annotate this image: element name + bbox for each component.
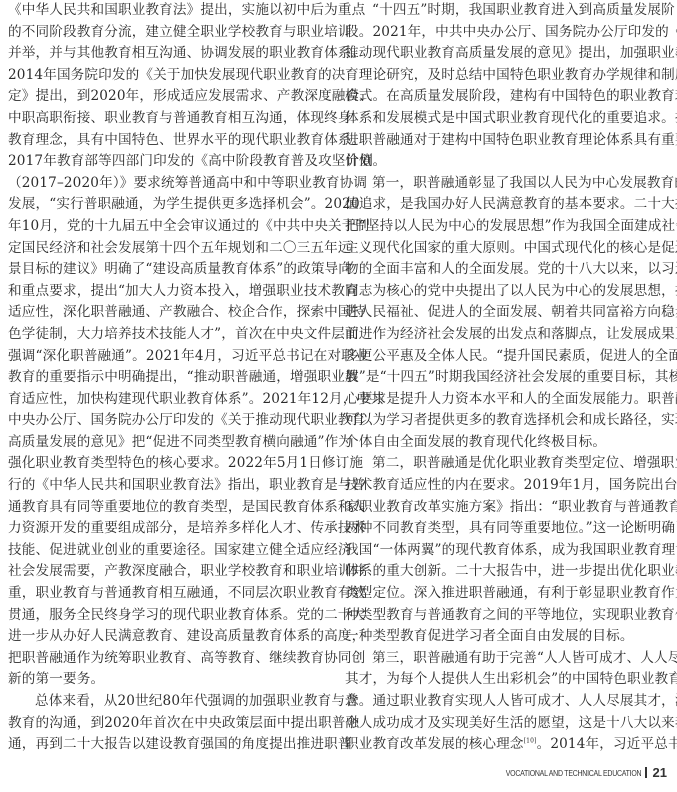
text-line: “十四五”时期，我国职业教育进入到高质量发展阶	[345, 0, 670, 22]
line-text: 并举，并与其他教育相互沟通、协调发展的职业教育体系。	[8, 45, 365, 61]
text-line: 模式。在高质量发展阶段，建构有中国特色的职业教育理论	[345, 86, 670, 108]
text-line: 的不同阶段教育分流，建立健全职业学校教育与职业培训	[8, 22, 332, 44]
text-line: 技能、促进就业创业的重要途径。国家建立健全适应经济	[8, 540, 332, 562]
text-line: 个人成功成才及实现美好生活的愿望，这是十八大以来我国	[345, 713, 670, 735]
line-text: 育理论研究，及时总结中国特色职业教育办学规律和制度	[345, 67, 677, 83]
line-text: 教育的重要指示中明确提出，“推动职普融通，增强职业教	[8, 369, 359, 385]
line-text: 进职普融通对于建构中国特色职业教育理论体系具有重要	[345, 132, 677, 148]
text-line: 并举，并与其他教育相互沟通、协调发展的职业教育体系。	[8, 43, 332, 65]
line-text: 行的《中华人民共和国职业教育法》指出，职业教育是与普	[8, 477, 365, 493]
text-line: 个体自由全面发展的教育现代化终极目标。	[345, 432, 670, 454]
text-line: 高质量发展的意见》把“促进不同类型教育横向融通”作为	[8, 432, 332, 454]
text-line: 通教育具有同等重要地位的教育类型，是国民教育体系和人	[8, 497, 332, 519]
line-text: 家职业教育改革实施方案》指出：“职业教育与普通教育是	[345, 499, 677, 515]
line-text: 价值。	[345, 153, 386, 169]
line-text: 可以为学习者提供更多的教育选择机会和成长路径，实现	[345, 412, 677, 428]
text-line: 中职高职衔接、职业教育与普通教育相互沟通，体现终身	[8, 108, 332, 130]
text-line: 种类型教育与普通教育之间的平等地位，实现职业教育作为	[345, 605, 670, 627]
line-text: 教育的沟通，到2020年首次在中央政策层面中提出职普融	[8, 715, 359, 731]
text-line: 可以为学习者提供更多的教育选择机会和成长路径，实现	[345, 410, 670, 432]
line-text: 前进作为经济社会发展的出发点和落脚点，让发展成果更	[345, 326, 677, 342]
line-text: 2017年教育部等四部门印发的《高中阶段教育普及攻坚计划	[8, 153, 373, 169]
text-line: 心要求是提升人力资本水平和人的全面发展能力。职普融通	[345, 389, 670, 411]
journal-name: VOCATIONAL AND TECHNICAL EDUCATION	[505, 768, 641, 778]
text-line: 总体来看，从20世纪80年代强调的加强职业教育与普	[8, 691, 332, 713]
text-line: 中央办公厅、国务院办公厅印发的《关于推动现代职业教育	[8, 410, 332, 432]
line-text: 念。通过职业教育实现人人皆可成才、人人尽展其才，满足	[345, 693, 677, 709]
text-line: 教育的沟通，到2020年首次在中央政策层面中提出职普融	[8, 713, 332, 735]
line-text: 和重点要求，提出“加大人力资本投入，增强职业技术教育	[8, 283, 359, 299]
line-text: 主义现代化国家的重大原则。中国式现代化的核心是促进	[345, 240, 677, 256]
page-footer: VOCATIONAL AND TECHNICAL EDUCATION 21	[476, 765, 667, 780]
text-line: 一种类型教育促进学习者全面自由发展的目标。	[345, 626, 670, 648]
line-text: 同志为核心的党中央提出了以人民为中心的发展思想，把增	[345, 283, 677, 299]
line-text: 我国“一体两翼”的现代教育体系，成为我国职业教育理论	[345, 542, 677, 558]
text-line: 推动现代职业教育高质量发展的意见》提出，加强职业教	[345, 43, 670, 65]
line-text: 年10月，党的十九届五中全会审议通过的《中共中央关于制	[8, 218, 369, 234]
text-line: 和重点要求，提出“加大人力资本投入，增强职业技术教育	[8, 281, 332, 303]
text-line: 同志为核心的党中央提出了以人民为中心的发展思想，把增	[345, 281, 670, 303]
line-text: 第三，职普融通有助于完善“人人皆可成才、人人尽展	[372, 650, 677, 666]
text-line: 进职普融通对于建构中国特色职业教育理论体系具有重要	[345, 130, 670, 152]
text-line: 展”是“十四五”时期我国经济社会发展的重要目标，其核	[345, 367, 670, 389]
line-text: 总体来看，从20世纪80年代强调的加强职业教育与普	[35, 693, 359, 709]
text-line: 其才，为每个人提供人生出彩机会”的中国特色职业教育理	[345, 669, 670, 691]
text-line: 年10月，党的十九届五中全会审议通过的《中共中央关于制	[8, 216, 332, 238]
line-text: 贯通，服务全民终身学习的现代职业教育体系。党的二十大	[8, 607, 365, 623]
text-line: 值追求，是我国办好人民满意教育的基本要求。二十大报告	[345, 194, 670, 216]
text-line: 重，职业教育与普通教育相互融通，不同层次职业教育有效	[8, 583, 332, 605]
text-line: 两种不同教育类型，具有同等重要地位。”这一论断明确了	[345, 518, 670, 540]
text-line: 体系和发展模式是中国式职业教育现代化的重要追求。推	[345, 108, 670, 130]
text-line: 进一步从办好人民满意教育、建设高质量教育体系的高度，	[8, 626, 332, 648]
line-text: 《中华人民共和国职业教育法》提出，实施以初中后为重点	[8, 2, 365, 18]
line-text: 新的第一要务。	[8, 671, 104, 687]
line-text: 重，职业教育与普通教育相互融通，不同层次职业教育有效	[8, 585, 365, 601]
line-text: 技术教育适应性的内在要求。2019年1月，国务院出台的《国	[345, 477, 677, 493]
text-line: 前进作为经济社会发展的出发点和落脚点，让发展成果更	[345, 324, 670, 346]
footer-divider	[645, 767, 647, 778]
text-line: 《中华人民共和国职业教育法》提出，实施以初中后为重点	[8, 0, 332, 22]
line-text: 两种不同教育类型，具有同等重要地位。”这一论断明确了	[345, 520, 677, 536]
right-column: “十四五”时期，我国职业教育进入到高质量发展阶段。2021年，中共中央办公厅、国…	[345, 0, 670, 756]
line-text: 中央办公厅、国务院办公厅印发的《关于推动现代职业教育	[8, 412, 365, 428]
text-line: 进人民福祉、促进人的全面发展、朝着共同富裕方向稳步	[345, 302, 670, 324]
text-line: 通，再到二十大报告以建设教育强国的角度提出推进职普	[8, 734, 332, 756]
text-line: 2014年国务院印发的《关于加快发展现代职业教育的决	[8, 65, 332, 87]
line-text: 模式。在高质量发展阶段，建构有中国特色的职业教育理论	[345, 88, 677, 104]
text-line: 定》提出，到2020年，形成适应发展需求、产教深度融合、	[8, 86, 332, 108]
text-line: 色学徒制，大力培养技术技能人才”，首次在中央文件层面	[8, 324, 332, 346]
text-line: 社会发展需要，产教深度融合，职业学校教育和职业培训并	[8, 561, 332, 583]
text-line: 把“坚持以人民为中心的发展思想”作为我国全面建成社会	[345, 216, 670, 238]
line-text: 通，再到二十大报告以建设教育强国的角度提出推进职普	[8, 736, 352, 752]
line-text: 适应性，深化职普融通、产教融合、校企合作，探索中国特	[8, 304, 365, 320]
text-line: 教育的重要指示中明确提出，“推动职普融通，增强职业教	[8, 367, 332, 389]
text-line: 类型定位。深入推进职普融通，有利于彰显职业教育作为一	[345, 583, 670, 605]
text-line: 价值。	[345, 151, 670, 173]
line-text: “十四五”时期，我国职业教育进入到高质量发展阶	[372, 2, 675, 18]
text-line: 发展，“实行普职融通，为学生提供更多选择机会”。2020	[8, 194, 332, 216]
page-number: 21	[653, 765, 667, 780]
line-text: 一种类型教育促进学习者全面自由发展的目标。	[345, 628, 634, 644]
text-line: 2017年教育部等四部门印发的《高中阶段教育普及攻坚计划	[8, 151, 332, 173]
line-text: 推动现代职业教育高质量发展的意见》提出，加强职业教	[345, 45, 677, 61]
left-column: 《中华人民共和国职业教育法》提出，实施以初中后为重点的不同阶段教育分流，建立健全…	[8, 0, 332, 756]
line-text: 个人成功成才及实现美好生活的愿望，这是十八大以来我国	[345, 715, 677, 731]
text-line: 第三，职普融通有助于完善“人人皆可成才、人人尽展	[345, 648, 670, 670]
text-line: 新的第一要务。	[8, 669, 332, 691]
line-text: 强化职业教育类型特色的核心要求。2022年5月1日修订施	[8, 455, 363, 471]
text-line: 我国“一体两翼”的现代教育体系，成为我国职业教育理论	[345, 540, 670, 562]
line-text: 种类型教育与普通教育之间的平等地位，实现职业教育作为	[345, 607, 677, 623]
line-text: 多更公平惠及全体人民。“提升国民素质，促进人的全面发	[345, 348, 677, 364]
text-line: 育适应性，加快构建现代职业教育体系”。2021年12月，中共	[8, 389, 332, 411]
text-line: 段。2021年，中共中央办公厅、国务院办公厅印发的《关于	[345, 22, 670, 44]
text-line: 技术教育适应性的内在要求。2019年1月，国务院出台的《国	[345, 475, 670, 497]
text-line: 多更公平惠及全体人民。“提升国民素质，促进人的全面发	[345, 346, 670, 368]
line-text: 体系的重大创新。二十大报告中，进一步提出优化职业教育	[345, 563, 677, 579]
line-text: 值追求，是我国办好人民满意教育的基本要求。二十大报告	[345, 196, 677, 212]
line-text: 定国民经济和社会发展第十四个五年规划和二〇三五年远	[8, 240, 352, 256]
text-line: 定国民经济和社会发展第十四个五年规划和二〇三五年远	[8, 238, 332, 260]
line-text: 教育理念，具有中国特色、世界水平的现代职业教育体系。	[8, 132, 365, 148]
line-text: 中职高职衔接、职业教育与普通教育相互沟通，体现终身	[8, 110, 352, 126]
line-text: 力资源开发的重要组成部分，是培养多样化人才、传承技术	[8, 520, 365, 536]
text-line: （2017–2020年）》要求统筹普通高中和中等职业教育协调	[8, 173, 332, 195]
line-text: 把“坚持以人民为中心的发展思想”作为我国全面建成社会	[345, 218, 677, 234]
line-text: 第二，职普融通是优化职业教育类型定位、增强职业	[372, 455, 677, 471]
text-line: 贯通，服务全民终身学习的现代职业教育体系。党的二十大	[8, 605, 332, 627]
line-text: 类型定位。深入推进职普融通，有利于彰显职业教育作为一	[345, 585, 677, 601]
line-text: 段。2021年，中共中央办公厅、国务院办公厅印发的《关于	[345, 24, 677, 40]
text-line: 育理论研究，及时总结中国特色职业教育办学规律和制度	[345, 65, 670, 87]
line-text: 其才，为每个人提供人生出彩机会”的中国特色职业教育理	[345, 671, 677, 687]
line-text: （2017–2020年）》要求统筹普通高中和中等职业教育协调	[8, 175, 367, 191]
line-text: 景目标的建议》明确了“建设高质量教育体系”的政策导向	[8, 261, 352, 277]
line-text: 育适应性，加快构建现代职业教育体系”。2021年12月，中共	[8, 391, 384, 407]
text-line: 强调“深化职普融通”。2021年4月，习近平总书记在对职业	[8, 346, 332, 368]
text-line: 职业教育改革发展的核心理念[10]。2014年，习近平总书记在	[345, 734, 670, 756]
line-text: 技能、促进就业创业的重要途径。国家建立健全适应经济	[8, 542, 352, 558]
line-text: 个体自由全面发展的教育现代化终极目标。	[345, 434, 606, 450]
citation-reference: [10]	[524, 738, 537, 745]
text-line: 主义现代化国家的重大原则。中国式现代化的核心是促进	[345, 238, 670, 260]
text-line: 物的全面丰富和人的全面发展。党的十八大以来，以习近平	[345, 259, 670, 281]
line-text: 把职普融通作为统筹职业教育、高等教育、继续教育协同创	[8, 650, 365, 666]
line-text: 体系和发展模式是中国式职业教育现代化的重要追求。推	[345, 110, 677, 126]
line-text: 心要求是提升人力资本水平和人的全面发展能力。职普融通	[345, 391, 677, 407]
text-line: 第一，职普融通彰显了我国以人民为中心发展教育的价	[345, 173, 670, 195]
line-text: 定》提出，到2020年，形成适应发展需求、产教深度融合、	[8, 88, 373, 104]
line-text: 发展，“实行普职融通，为学生提供更多选择机会”。2020	[8, 196, 360, 212]
line-text: 展”是“十四五”时期我国经济社会发展的重要目标，其核	[345, 369, 677, 385]
text-line: 强化职业教育类型特色的核心要求。2022年5月1日修订施	[8, 453, 332, 475]
line-text: 强调“深化职普融通”。2021年4月，习近平总书记在对职业	[8, 348, 369, 364]
line-text: 通教育具有同等重要地位的教育类型，是国民教育体系和人	[8, 499, 365, 515]
text-line: 适应性，深化职普融通、产教融合、校企合作，探索中国特	[8, 302, 332, 324]
line-text: 。2014年，习近平总书记在	[537, 736, 677, 752]
text-line: 行的《中华人民共和国职业教育法》指出，职业教育是与普	[8, 475, 332, 497]
line-text: 2014年国务院印发的《关于加快发展现代职业教育的决	[8, 67, 346, 83]
text-line: 力资源开发的重要组成部分，是培养多样化人才、传承技术	[8, 518, 332, 540]
line-text: 色学徒制，大力培养技术技能人才”，首次在中央文件层面	[8, 326, 359, 342]
line-text: 职业教育改革发展的核心理念	[345, 736, 524, 752]
line-text: 第一，职普融通彰显了我国以人民为中心发展教育的价	[372, 175, 677, 191]
line-text: 进一步从办好人民满意教育、建设高质量教育体系的高度，	[8, 628, 365, 644]
text-line: 景目标的建议》明确了“建设高质量教育体系”的政策导向	[8, 259, 332, 281]
text-line: 体系的重大创新。二十大报告中，进一步提出优化职业教育	[345, 561, 670, 583]
text-line: 把职普融通作为统筹职业教育、高等教育、继续教育协同创	[8, 648, 332, 670]
line-text: 社会发展需要，产教深度融合，职业学校教育和职业培训并	[8, 563, 365, 579]
text-line: 第二，职普融通是优化职业教育类型定位、增强职业	[345, 453, 670, 475]
line-text: 的不同阶段教育分流，建立健全职业学校教育与职业培训	[8, 24, 352, 40]
text-line: 教育理念，具有中国特色、世界水平的现代职业教育体系。	[8, 130, 332, 152]
line-text: 物的全面丰富和人的全面发展。党的十八大以来，以习近平	[345, 261, 677, 277]
text-line: 家职业教育改革实施方案》指出：“职业教育与普通教育是	[345, 497, 670, 519]
line-text: 进人民福祉、促进人的全面发展、朝着共同富裕方向稳步	[345, 304, 677, 320]
text-line: 念。通过职业教育实现人人皆可成才、人人尽展其才，满足	[345, 691, 670, 713]
line-text: 高质量发展的意见》把“促进不同类型教育横向融通”作为	[8, 434, 352, 450]
